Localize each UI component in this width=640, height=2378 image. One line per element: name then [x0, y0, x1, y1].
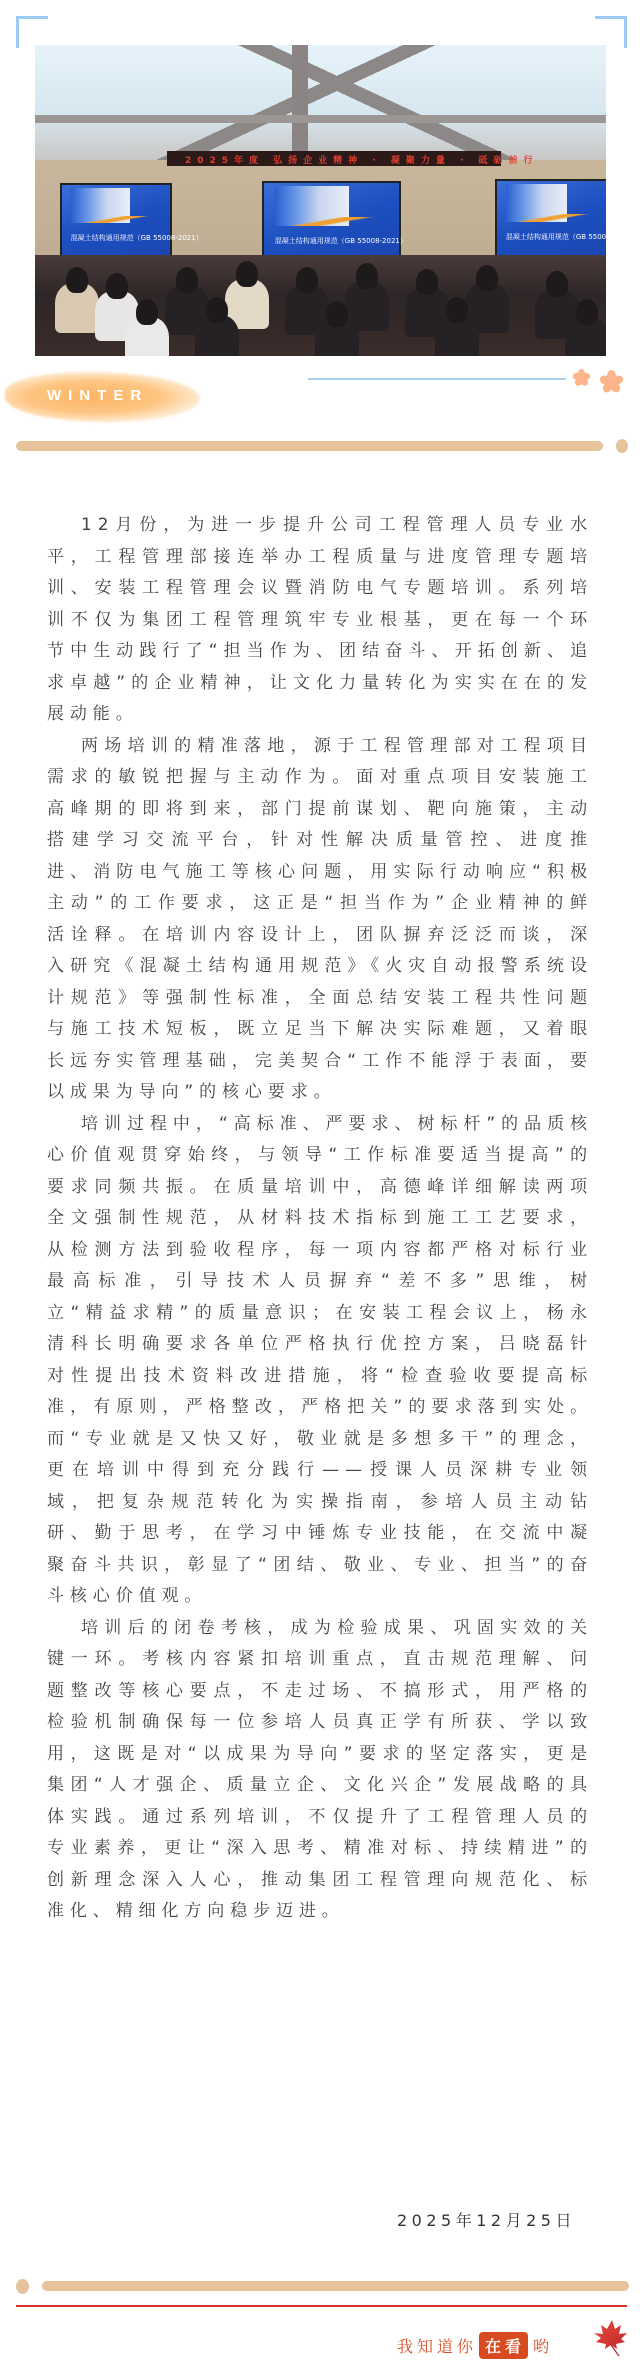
article-paragraph: 培训过程中，“高标准、严要求、树标杆”的品质核心价值观贯穿始终，与领导“工作标准… [47, 1109, 593, 1613]
photo-audience [35, 255, 606, 356]
photo-ceiling [35, 45, 606, 160]
article-paragraph: 12月份，为进一步提升公司工程管理人员专业水平，工程管理部接连举办工程质量与进度… [47, 510, 593, 731]
article-paragraph: 培训后的闭卷考核，成为检验成果、巩固实效的关键一环。考核内容紧扣培训重点，直击规… [47, 1613, 593, 1928]
screen-graphic [497, 214, 606, 222]
article-paragraph: 两场培训的精准落地，源于工程管理部对工程项目需求的敏锐把握与主动作为。面对重点项… [47, 731, 593, 1109]
led-banner: 2025年度 弘扬企业精神 · 凝聚力量 · 砥砺前行 [167, 151, 501, 166]
screen-caption: 混凝土结构通用规范（GB 55008-2021） [71, 233, 203, 243]
watching-button[interactable]: 在看 [479, 2332, 528, 2359]
header-photo: 2025年度 弘扬企业精神 · 凝聚力量 · 砥砺前行 混凝土结构通用规范（GB… [35, 45, 606, 356]
decorative-dot [16, 2279, 29, 2294]
projection-screen-right: 混凝土结构通用规范（GB 55008-2021） [495, 179, 606, 261]
led-banner-text: 2025年度 弘扬企业精神 · 凝聚力量 · 砥砺前行 [185, 153, 539, 166]
article-date: 2025年12月25日 [397, 2208, 576, 2231]
article-body: 12月份，为进一步提升公司工程管理人员专业水平，工程管理部接连举办工程质量与进度… [47, 510, 593, 1928]
season-label: WINTER [47, 387, 148, 404]
decorative-bar-top [16, 441, 603, 451]
photo-beam [35, 115, 606, 123]
footer-prefix: 我知道你 [397, 2334, 477, 2357]
footer-like-prompt: 我知道你 在看 哟 [397, 2330, 553, 2360]
screen-caption: 混凝土结构通用规范（GB 55008-2021） [506, 232, 606, 242]
screen-caption: 混凝土结构通用规范（GB 55008-2021） [275, 236, 407, 246]
flower-icon [572, 369, 592, 391]
corner-bracket-top-left [16, 16, 48, 48]
photo-beam [292, 45, 308, 160]
decorative-line [308, 378, 566, 380]
screen-graphic [62, 216, 170, 223]
maple-leaf-icon [592, 2318, 628, 2358]
screen-graphic [264, 217, 399, 225]
decorative-bar-bottom [42, 2281, 629, 2291]
projection-screen-left: 混凝土结构通用规范（GB 55008-2021） [60, 183, 172, 261]
footer-suffix: 哟 [533, 2334, 553, 2357]
flower-icon [599, 370, 625, 398]
decorative-dot [616, 439, 628, 453]
corner-bracket-top-right [595, 16, 627, 48]
divider-line [16, 2305, 627, 2307]
